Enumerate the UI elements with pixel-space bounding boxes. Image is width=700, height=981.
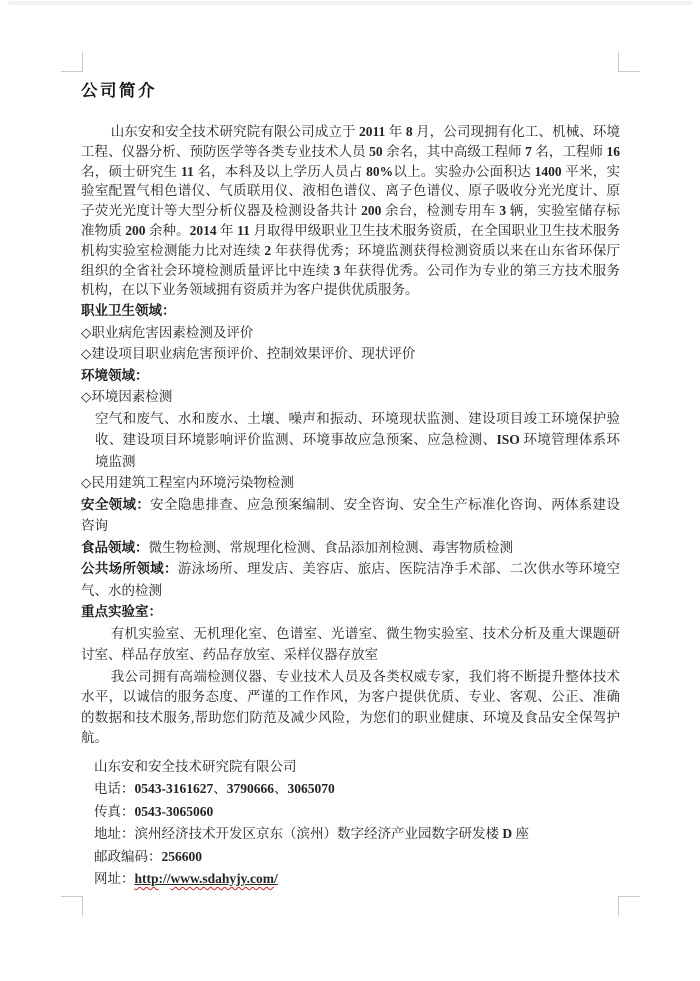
section-heading-safety: 安全领域： bbox=[81, 497, 150, 512]
website-separator: :// bbox=[159, 871, 171, 886]
section-heading-public-places: 公共场所领域： bbox=[81, 561, 178, 576]
crop-mark-top-left bbox=[61, 52, 83, 72]
website-path: / bbox=[274, 871, 278, 886]
section-heading-environment: 环境领域： bbox=[81, 365, 620, 387]
section-heading-occupational-health: 职业卫生领域： bbox=[81, 300, 620, 322]
document-page: 公司简介 山东安和安全技术研究院有限公司成立于 2011 年 8 月，公司现拥有… bbox=[0, 0, 700, 981]
safety-text: 安全隐患排查、应急预案编制、安全咨询、安全生产标准化咨询、两体系建设咨询 bbox=[81, 497, 620, 534]
crop-mark-top-right bbox=[618, 52, 640, 72]
occupational-item-1: ◇职业病危害因素检测及评价 bbox=[81, 322, 620, 344]
postcode-label: 邮政编码： bbox=[94, 849, 162, 864]
section-food: 食品领域：微生物检测、常规理化检测、食品添加剂检测、毒害物质检测 bbox=[81, 537, 620, 559]
section-heading-food: 食品领域： bbox=[81, 540, 149, 555]
section-heading-key-labs: 重点实验室： bbox=[81, 601, 620, 623]
address-text: 滨州经济技术开发区京东（滨州）数字经济产业园数字研发楼 D 座 bbox=[135, 826, 530, 841]
closing-paragraph: 我公司拥有高端检测仪器、专业技术人员及各类权威专家，我们将不断提升整体技术水平，… bbox=[81, 667, 620, 749]
website-label: 网址： bbox=[94, 871, 135, 886]
contact-company-name: 山东安和安全技术研究院有限公司 bbox=[94, 756, 620, 778]
address-label: 地址： bbox=[94, 826, 135, 841]
section-safety: 安全领域：安全隐患排查、应急预案编制、安全咨询、安全生产标准化咨询、两体系建设咨… bbox=[81, 494, 620, 537]
environment-item-detection: ◇环境因素检测 bbox=[81, 386, 620, 408]
phone-label: 电话： bbox=[94, 781, 135, 796]
page-title: 公司简介 bbox=[81, 77, 620, 101]
contact-website-row: 网址：http://www.sdahyjy.com/ bbox=[94, 868, 620, 890]
section-public-places: 公共场所领域：游泳场所、理发店、美容店、旅店、医院洁净手术部、二次供水等环境空气… bbox=[81, 558, 620, 601]
contact-block: 山东安和安全技术研究院有限公司 电话：0543-3161627、3790666、… bbox=[81, 756, 620, 890]
postcode-value: 256600 bbox=[162, 849, 203, 864]
website-host: www.sdahyjy.com bbox=[171, 871, 275, 886]
food-text: 微生物检测、常规理化检测、食品添加剂检测、毒害物质检测 bbox=[149, 540, 514, 555]
website-scheme: http bbox=[135, 871, 159, 886]
fax-number: 0543-3065060 bbox=[135, 804, 214, 819]
phone-numbers: 0543-3161627、3790666、3065070 bbox=[135, 781, 335, 796]
text-body: 公司简介 山东安和安全技术研究院有限公司成立于 2011 年 8 月，公司现拥有… bbox=[81, 77, 620, 890]
crop-mark-bottom-left bbox=[61, 896, 83, 916]
environment-detection-detail: 空气和废气、水和废水、土壤、噪声和振动、环境现状监测、建设项目竣工环境保护验收、… bbox=[81, 408, 620, 473]
fax-label: 传真： bbox=[94, 804, 135, 819]
contact-postcode-row: 邮政编码：256600 bbox=[94, 846, 620, 868]
page-top-edge-shadow bbox=[8, 1, 692, 5]
crop-mark-bottom-right bbox=[618, 896, 640, 916]
environment-item-civil-building: ◇民用建筑工程室内环境污染物检测 bbox=[81, 472, 620, 494]
contact-phone-row: 电话：0543-3161627、3790666、3065070 bbox=[94, 778, 620, 800]
website-link[interactable]: http://www.sdahyjy.com/ bbox=[135, 871, 278, 886]
contact-fax-row: 传真：0543-3065060 bbox=[94, 801, 620, 823]
intro-paragraph: 山东安和安全技术研究院有限公司成立于 2011 年 8 月，公司现拥有化工、机械… bbox=[81, 122, 620, 300]
key-labs-paragraph: 有机实验室、无机理化室、色谱室、光谱室、微生物实验室、技术分析及重大课题研讨室、… bbox=[81, 623, 620, 666]
contact-address-row: 地址：滨州经济技术开发区京东（滨州）数字经济产业园数字研发楼 D 座 bbox=[94, 823, 620, 845]
occupational-item-2: ◇建设项目职业病危害预评价、控制效果评价、现状评价 bbox=[81, 343, 620, 365]
